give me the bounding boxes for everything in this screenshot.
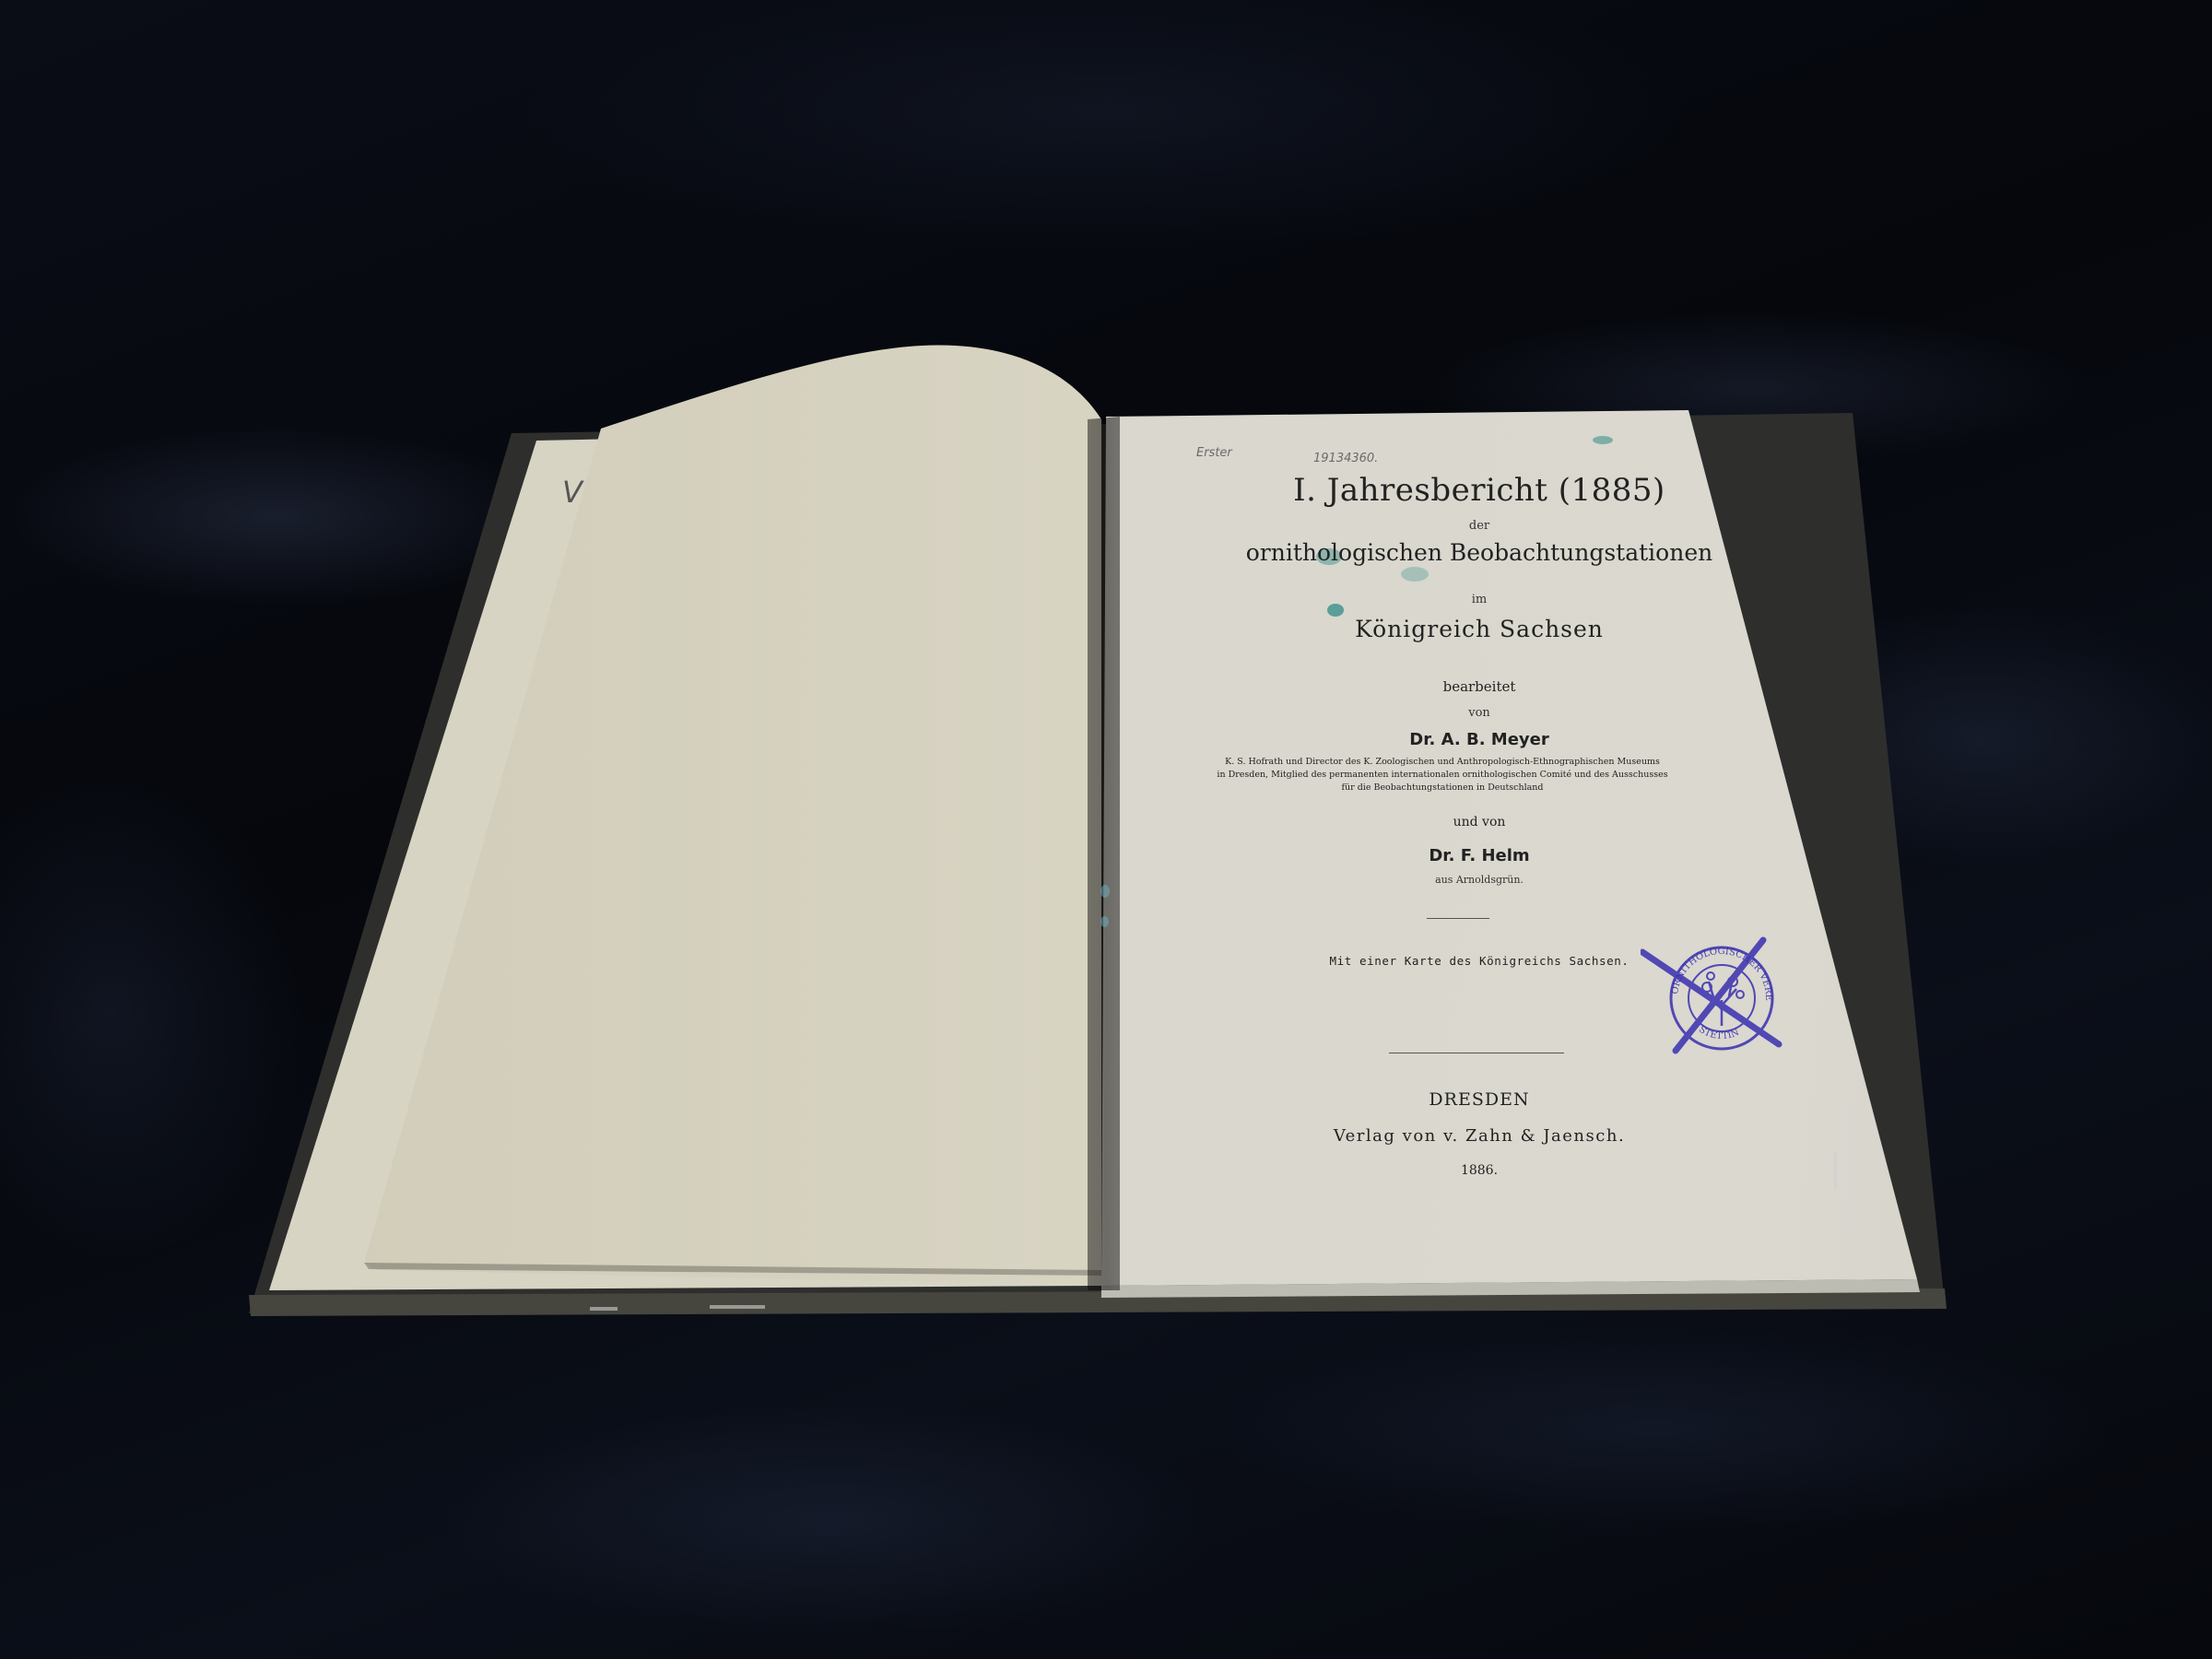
ink-stain: [1593, 436, 1613, 444]
ink-stain: [1401, 567, 1429, 582]
credentials-line: in Dresden, Mitglied des permanenten int…: [1184, 769, 1700, 782]
long-divider: [1389, 1053, 1564, 1053]
und-von-label: und von: [1106, 815, 1853, 829]
bearbeitet-label: bearbeitet: [1106, 678, 1853, 695]
author-helm-origin: aus Arnoldsgrün.: [1106, 874, 1853, 886]
von-label: von: [1106, 706, 1853, 720]
library-stamp-icon: ORNITHOLOGISCHER VEREIN STETTIN: [1641, 935, 1788, 1060]
cover-wear: [590, 1307, 618, 1311]
publication-year: 1886.: [1106, 1163, 1853, 1178]
short-divider: [1427, 918, 1489, 919]
handwritten-number: 19134360.: [1313, 452, 1378, 465]
svg-text:STETTIN: STETTIN: [1697, 1025, 1741, 1042]
author-meyer: Dr. A. B. Meyer: [1106, 730, 1853, 749]
publisher: Verlag von v. Zahn & Jaensch.: [1106, 1126, 1853, 1146]
credentials-line: für die Beobachtungstationen in Deutschl…: [1184, 782, 1700, 794]
cover-wear: [1834, 1152, 1837, 1189]
handwritten-mark-left: V: [562, 475, 582, 510]
cover-wear: [710, 1305, 765, 1309]
title-region: Königreich Sachsen: [1106, 616, 1853, 642]
publication-city: DRESDEN: [1106, 1089, 1853, 1110]
author-meyer-credentials: K. S. Hofrath und Director des K. Zoolog…: [1184, 756, 1700, 794]
title-im: im: [1106, 593, 1853, 606]
handwritten-note: Erster: [1196, 446, 1232, 460]
ink-stain: [1100, 916, 1109, 927]
title-der: der: [1106, 519, 1853, 533]
author-helm: Dr. F. Helm: [1106, 846, 1853, 865]
ink-stain: [1100, 885, 1110, 898]
book-title: I. Jahresbericht (1885): [1106, 472, 1853, 509]
credentials-line: K. S. Hofrath und Director des K. Zoolog…: [1184, 756, 1700, 769]
title-subject: ornithologischen Beobachtungstationen: [1106, 539, 1853, 566]
